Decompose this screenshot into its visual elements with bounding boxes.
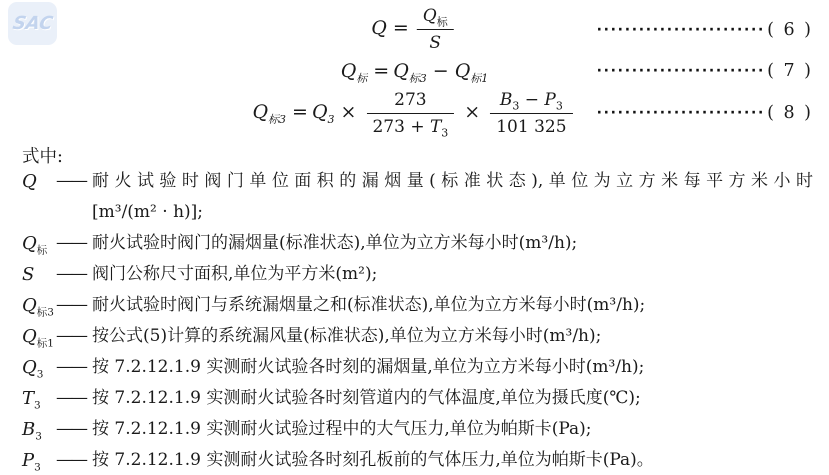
definition-text: 按 7.2.12.1.9 实测耐火试验各时刻孔板前的气体压力,单位为帕斯卡(Pa…	[92, 445, 813, 475]
formula-6-equals: =	[393, 17, 409, 39]
formula-7-number: ( 7 )	[767, 61, 813, 81]
formula-6-fraction: Q标S	[417, 5, 454, 53]
definition-list: Q —— 耐火试验时阀门单位面积的漏烟量(标准状态),单位为立方米每平方米小时 …	[22, 166, 813, 475]
formula-6-lhs: Q	[371, 17, 387, 39]
em-dash: ——	[56, 383, 92, 414]
em-dash: ——	[56, 228, 92, 259]
definition-row-b3: B3 —— 按 7.2.12.1.9 实测耐火试验过程中的大气压力,单位为帕斯卡…	[22, 414, 813, 445]
fraction-1-denominator: 273 + T3	[366, 114, 454, 137]
formula-7-minus: −	[433, 60, 449, 82]
fraction-1-numerator: 273	[366, 89, 454, 114]
dotted-leader: ························	[597, 105, 765, 121]
definition-row-q-biao3: Q标3 —— 耐火试验时阀门与系统漏烟量之和(标准状态),单位为立方米每小时(m…	[22, 290, 813, 321]
formula-7-term2: Q标1	[455, 60, 489, 82]
symbol-q: Q	[22, 166, 56, 197]
formula-7-term1: Q标3	[393, 60, 427, 82]
definition-row-t3: T3 —— 按 7.2.12.1.9 实测耐火试验各时刻管道内的气体温度,单位为…	[22, 383, 813, 414]
symbol-b3: B3	[22, 414, 56, 445]
formula-8-times-2: ×	[464, 101, 480, 123]
where-label: 式中:	[22, 143, 63, 168]
formula-7-lhs: Q标	[341, 60, 368, 82]
formula-8-number: ( 8 )	[767, 103, 813, 123]
document-page: SAC Q=Q标S ························( 6 ) …	[0, 0, 829, 475]
formula-8-times-1: ×	[341, 101, 357, 123]
formula-6: Q=Q标S	[371, 5, 457, 53]
symbol-q-biao: Q标	[22, 228, 56, 259]
fraction-2-numerator: B3 − P3	[490, 89, 572, 114]
definition-text: 按 7.2.12.1.9 实测耐火试验各时刻的漏烟量,单位为立方米每小时(m³/…	[92, 352, 813, 383]
formula-6-numerator: Q标	[417, 5, 454, 30]
formula-7-equals: =	[373, 60, 389, 82]
formula-8: Q标3=Q3×273273 + T3×B3 − P3101 325	[252, 89, 576, 137]
definition-text: 阀门公称尺寸面积,单位为平方米(m²);	[92, 259, 813, 290]
em-dash: ——	[56, 445, 92, 475]
formula-block: Q=Q标S ························( 6 ) Q标=Q…	[0, 0, 829, 145]
definition-row-s: S —— 阀门公称尺寸面积,单位为平方米(m²);	[22, 259, 813, 290]
formula-7: Q标=Q标3−Q标1	[341, 60, 489, 82]
definition-text: 耐火试验时阀门与系统漏烟量之和(标准状态),单位为立方米每小时(m³/h);	[92, 290, 813, 321]
formula-8-term1: Q3	[312, 101, 335, 123]
formula-6-number-row: ························( 6 )	[597, 20, 813, 40]
definition-row-q-biao1: Q标1 —— 按公式(5)计算的系统漏风量(标准状态),单位为立方米每小时(m³…	[22, 321, 813, 352]
formula-7-number-row: ························( 7 )	[597, 61, 813, 81]
symbol-q-biao1: Q标1	[22, 321, 56, 352]
fraction-2-denominator: 101 325	[490, 114, 572, 137]
formula-6-denominator: S	[417, 30, 454, 53]
definition-row-q-biao: Q标 —— 耐火试验时阀门的漏烟量(标准状态),单位为立方米每小时(m³/h);	[22, 228, 813, 259]
formula-8-equals: =	[292, 101, 308, 123]
formula-8-fraction-2: B3 − P3101 325	[490, 89, 572, 137]
definition-text: 按 7.2.12.1.9 实测耐火试验过程中的大气压力,单位为帕斯卡(Pa);	[92, 414, 813, 445]
em-dash: ——	[56, 290, 92, 321]
dotted-leader: ························	[597, 22, 765, 38]
em-dash: ——	[56, 414, 92, 445]
symbol-p3: P3	[22, 445, 56, 475]
formula-8-fraction-1: 273273 + T3	[366, 89, 454, 137]
definition-text: 耐火试验时阀门的漏烟量(标准状态),单位为立方米每小时(m³/h);	[92, 228, 813, 259]
formula-6-number: ( 6 )	[767, 20, 813, 40]
formula-8-lhs: Q标3	[252, 101, 286, 123]
em-dash: ——	[56, 321, 92, 352]
symbol-q-biao3: Q标3	[22, 290, 56, 321]
em-dash: ——	[56, 352, 92, 383]
symbol-t3: T3	[22, 383, 56, 414]
definition-text: 按 7.2.12.1.9 实测耐火试验各时刻管道内的气体温度,单位为摄氏度(℃)…	[92, 383, 813, 414]
em-dash: ——	[56, 166, 92, 197]
definition-row-q3: Q3 —— 按 7.2.12.1.9 实测耐火试验各时刻的漏烟量,单位为立方米每…	[22, 352, 813, 383]
definition-row-q: Q —— 耐火试验时阀门单位面积的漏烟量(标准状态),单位为立方米每平方米小时 …	[22, 166, 813, 228]
definition-text: 耐火试验时阀门单位面积的漏烟量(标准状态),单位为立方米每平方米小时 [m³/(…	[92, 166, 813, 228]
definition-text: 按公式(5)计算的系统漏风量(标准状态),单位为立方米每小时(m³/h);	[92, 321, 813, 352]
formula-8-number-row: ························( 8 )	[597, 103, 813, 123]
symbol-q3: Q3	[22, 352, 56, 383]
em-dash: ——	[56, 259, 92, 290]
definition-row-p3: P3 —— 按 7.2.12.1.9 实测耐火试验各时刻孔板前的气体压力,单位为…	[22, 445, 813, 475]
definition-text-continuation: [m³/(m² · h)];	[92, 197, 813, 228]
symbol-s: S	[22, 259, 56, 290]
dotted-leader: ························	[597, 63, 765, 79]
